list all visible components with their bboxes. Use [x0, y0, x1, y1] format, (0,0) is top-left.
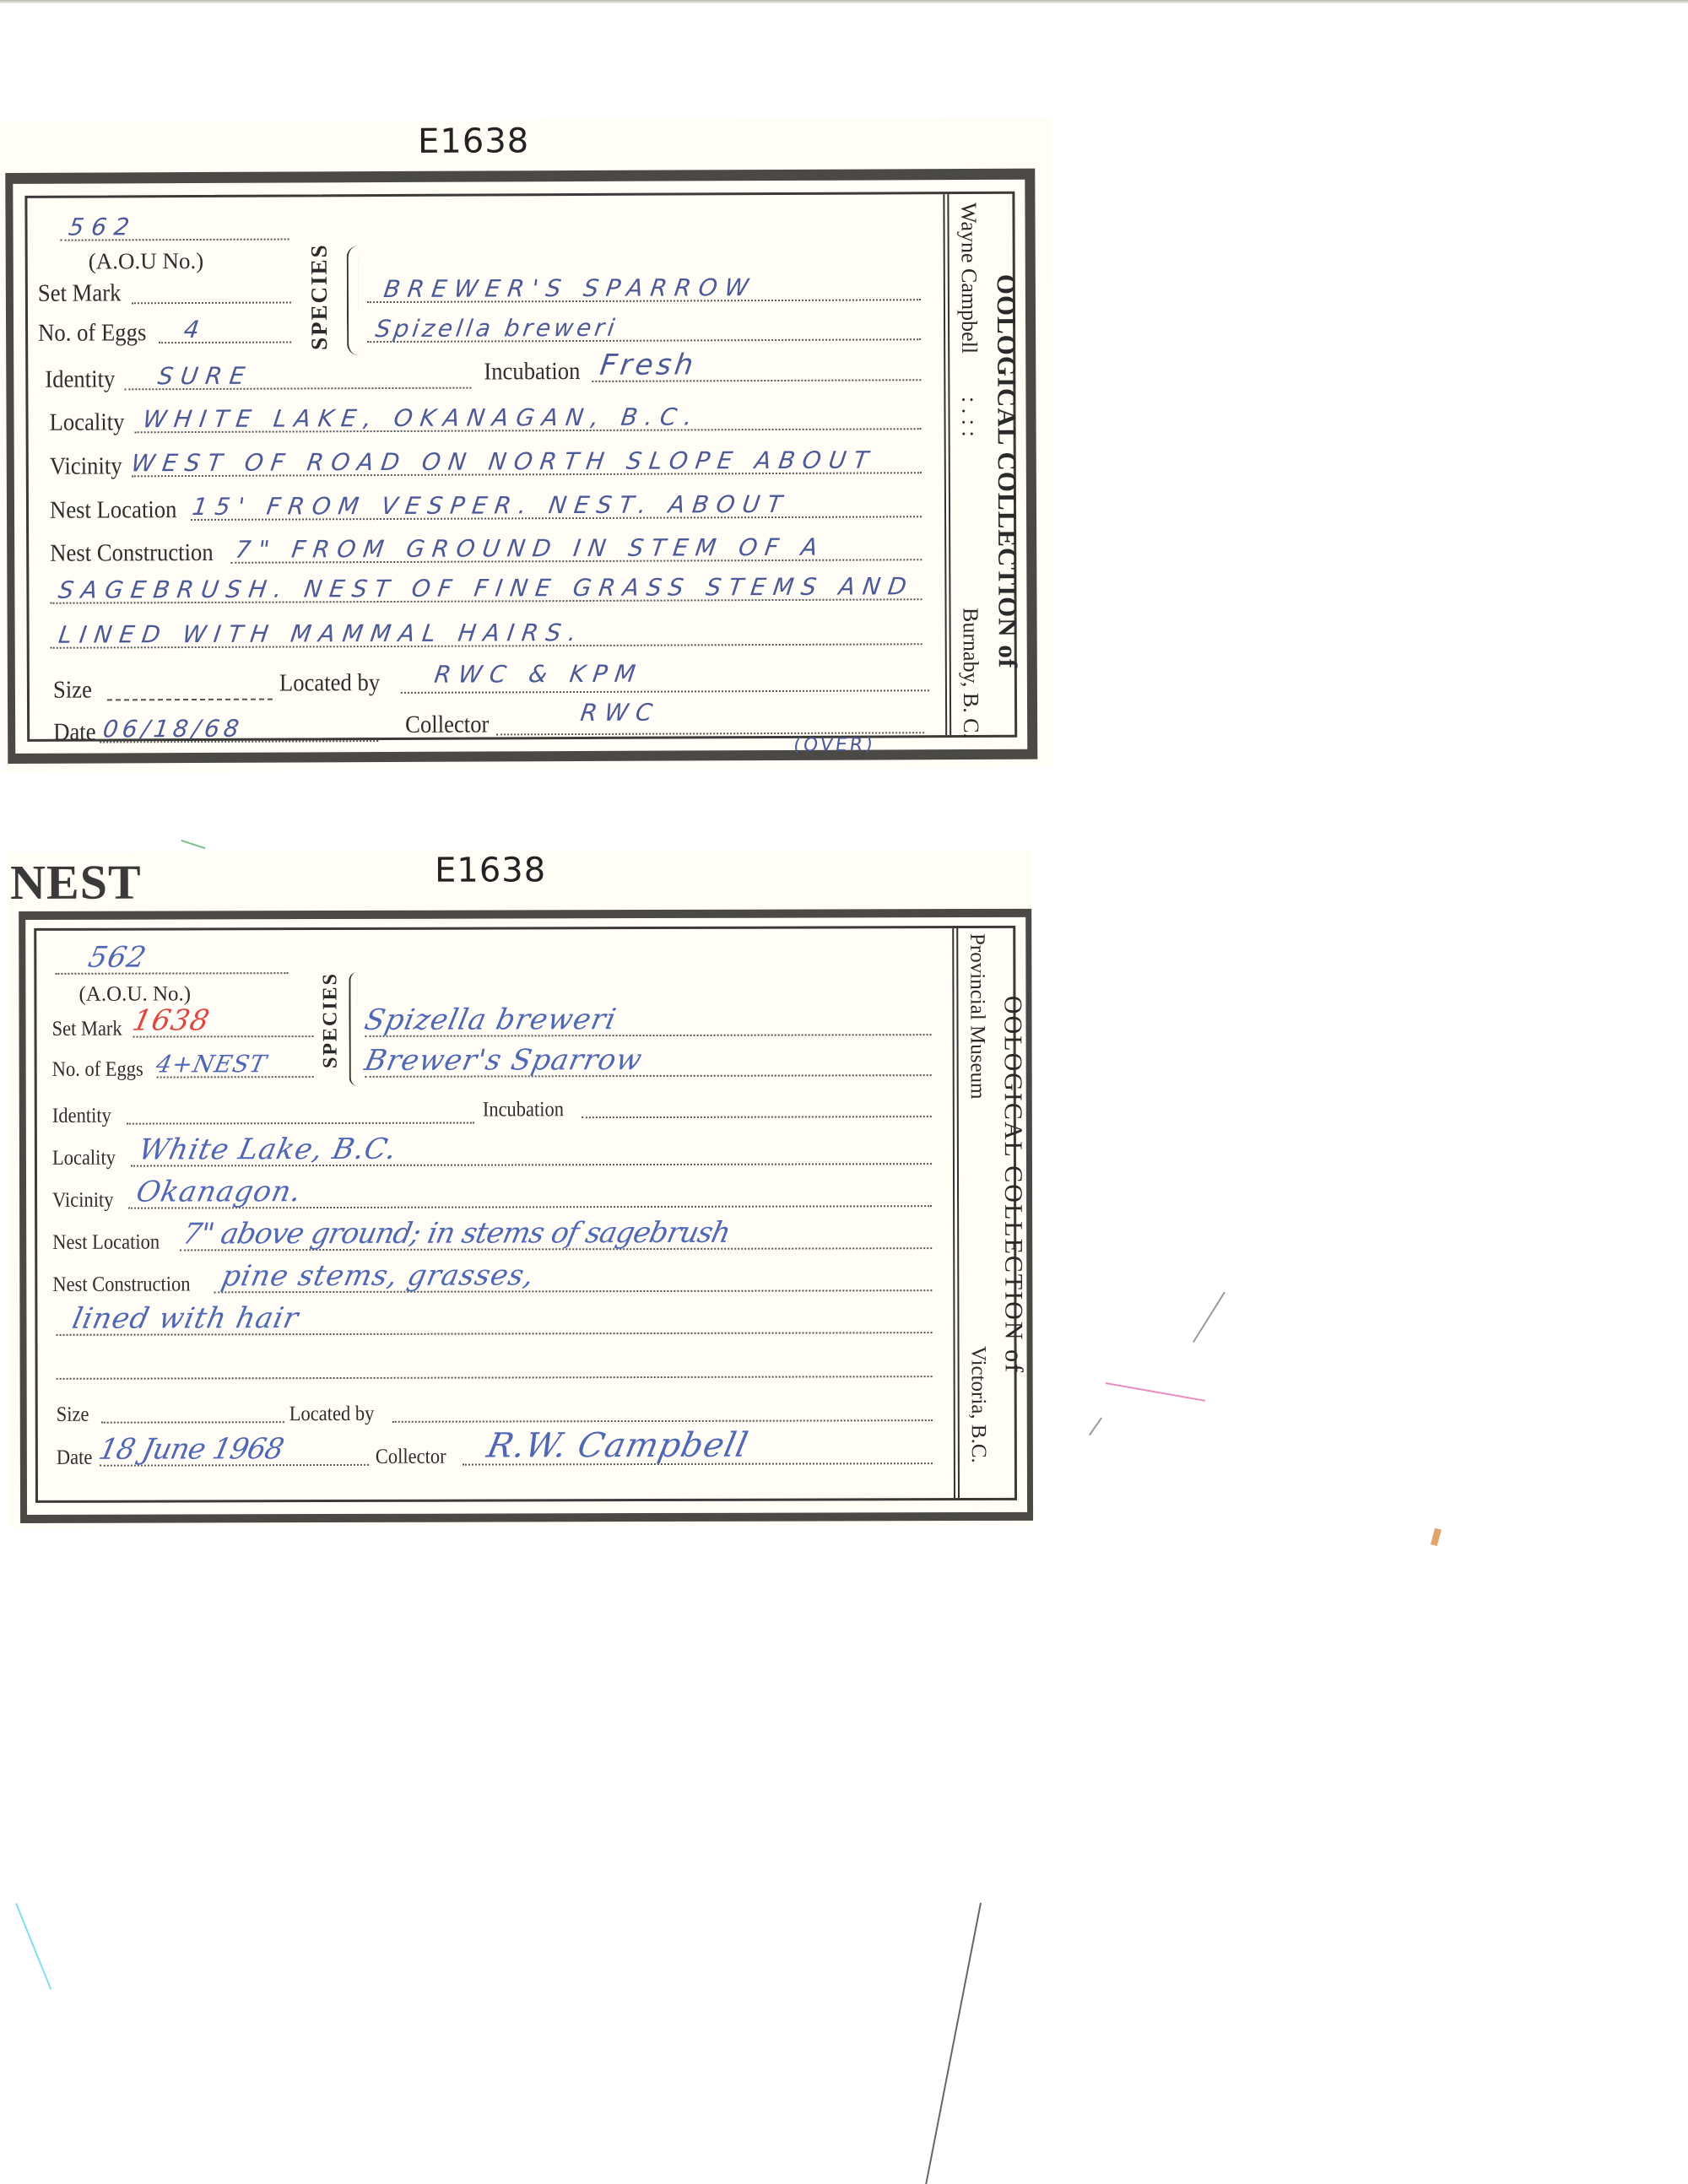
vicinity-field: Vicinity Okanagon.	[52, 1180, 932, 1213]
identity-field: Identity	[52, 1097, 474, 1128]
species-latin-value: Spizella breweri	[374, 314, 619, 343]
no-of-eggs-value: 4+NEST	[154, 1050, 269, 1078]
locality-label: Locality	[52, 1147, 116, 1170]
vicinity-value: WEST OF ROAD ON NORTH SLOPE ABOUT	[130, 446, 878, 477]
card-border: 562 (A.O.U No.) Set Mark No. of Eggs 4 S…	[5, 169, 1037, 764]
nest-construction-value: pine stems, grasses,	[219, 1258, 538, 1293]
card-inner-border: 562 (A.O.U. No.) Set Mark 1638 No. of Eg…	[34, 926, 1017, 1503]
vicinity-label: Vicinity	[52, 1189, 113, 1213]
collection-side-panel: OOLOGICAL COLLECTION of Provincial Museu…	[952, 928, 1031, 1498]
scan-edge	[0, 0, 1688, 3]
collector-value: R.W. Campbell	[484, 1426, 752, 1466]
incubation-label: Incubation	[484, 358, 580, 386]
nest-construction-field: Nest Construction 7" FROM GROUND IN STEM…	[50, 530, 922, 568]
continuation-1-value: lined with hair	[69, 1301, 301, 1336]
incubation-value: Fresh	[598, 348, 699, 382]
identity-field: Identity SURE	[45, 359, 471, 394]
located-by-label: Located by	[289, 1403, 375, 1426]
set-mark-field: Set Mark	[38, 273, 291, 307]
date-label: Date	[57, 1446, 93, 1470]
vicinity-label: Vicinity	[50, 452, 122, 480]
no-of-eggs-field: No. of Eggs 4+NEST	[52, 1051, 314, 1082]
species-brace	[349, 972, 357, 1086]
scan-artifact	[1193, 1292, 1225, 1343]
located-by-field: Located by RWC & KPM	[279, 661, 929, 697]
nest-location-label: Nest Location	[52, 1231, 160, 1255]
species-latin-field: Spizella breweri	[361, 1008, 931, 1041]
card-inner-border: 562 (A.O.U No.) Set Mark No. of Eggs 4 S…	[24, 192, 1017, 742]
set-mark-value: 1638	[130, 1003, 214, 1037]
nest-location-field: Nest Location 15' FROM VESPER. NEST. ABO…	[50, 487, 922, 525]
nest-record-card: NEST E1638 562 (A.O.U. No.) Set Mark 163…	[8, 850, 1031, 1527]
scan-artifact	[181, 840, 205, 849]
nest-location-field: Nest Location 7" above ground; in stems …	[52, 1222, 932, 1255]
set-mark-label: Set Mark	[52, 1018, 122, 1041]
located-by-label: Located by	[279, 669, 380, 698]
aou-field: 562	[51, 947, 288, 978]
species-caption: SPECIES	[306, 243, 333, 350]
collection-place: Victoria, B.C.	[966, 1346, 990, 1463]
date-value: 06/18/68	[101, 715, 245, 743]
identity-label: Identity	[52, 1105, 111, 1128]
continuation-2-value: LINED WITH MAMMAL HAIRS.	[57, 619, 585, 649]
no-of-eggs-field: No. of Eggs 4	[38, 312, 291, 347]
aou-number-value: 562	[67, 213, 138, 241]
separator-dots: : . : :	[956, 397, 982, 437]
species-common-value: Brewer's Sparrow	[361, 1043, 645, 1078]
catalog-number: E1638	[418, 122, 529, 161]
collection-title: OOLOGICAL COLLECTION of	[998, 996, 1027, 1374]
continuation-1-value: SAGEBRUSH. NEST OF FINE GRASS STEMS AND	[57, 572, 916, 603]
size-label: Size	[57, 1403, 89, 1427]
species-common-value: BREWER'S SPARROW	[382, 273, 758, 303]
no-of-eggs-label: No. of Eggs	[38, 319, 146, 348]
collector-value: RWC	[579, 699, 662, 727]
collection-place: Burnaby, B. C.	[958, 608, 984, 738]
species-latin-value: Spizella breweri	[361, 1003, 619, 1037]
continuation-line-2: LINED WITH MAMMAL HAIRS.	[51, 614, 922, 652]
catalog-number: E1638	[435, 851, 546, 889]
set-mark-field: Set Mark 1638	[51, 1010, 313, 1041]
date-value: 18 June 1968	[96, 1432, 286, 1467]
incubation-field: Incubation Fresh	[484, 350, 921, 386]
nest-construction-label: Nest Construction	[50, 539, 214, 568]
no-of-eggs-label: No. of Eggs	[52, 1058, 143, 1082]
scan-artifact	[1431, 1528, 1442, 1546]
date-field: Date 06/18/68	[53, 711, 378, 747]
collection-side-panel: OOLOGICAL COLLECTION of Wayne Campbell :…	[943, 194, 1031, 735]
collector-field: Collector R.W. Campbell	[376, 1437, 933, 1469]
continuation-line-1: SAGEBRUSH. NEST OF FINE GRASS STEMS AND	[50, 570, 922, 608]
card-border: 562 (A.O.U. No.) Set Mark 1638 No. of Eg…	[19, 909, 1033, 1523]
nest-construction-label: Nest Construction	[52, 1273, 190, 1296]
scan-artifact	[925, 1903, 982, 2184]
size-field: Size	[53, 670, 273, 705]
date-label: Date	[53, 719, 96, 747]
set-mark-label: Set Mark	[38, 279, 122, 307]
located-by-field: Located by	[289, 1394, 933, 1426]
incubation-label: Incubation	[483, 1098, 564, 1122]
nest-header-label: NEST	[10, 854, 142, 911]
scan-artifact	[15, 1903, 51, 1990]
egg-record-card: E1638 562 (A.O.U No.) Set Mark No. of Eg…	[0, 118, 1053, 772]
vicinity-value: Okanagon.	[133, 1175, 305, 1209]
collection-owner: Wayne Campbell	[955, 203, 982, 354]
species-common-field: BREWER'S SPARROW	[364, 270, 921, 306]
date-field: Date 18 June 1968	[57, 1439, 369, 1470]
continuation-line-2	[57, 1350, 933, 1383]
nest-construction-field: Nest Construction pine stems, grasses,	[52, 1264, 932, 1297]
identity-value: SURE	[156, 362, 254, 391]
locality-value: White Lake, B.C.	[136, 1133, 400, 1167]
nest-construction-value: 7" FROM GROUND IN STEM OF A	[234, 533, 827, 564]
aou-number-value: 562	[85, 941, 149, 975]
located-by-value: RWC & KPM	[432, 660, 644, 689]
species-common-field: Brewer's Sparrow	[362, 1049, 932, 1081]
no-of-eggs-value: 4	[182, 316, 208, 343]
nest-location-value: 15' FROM VESPER. NEST. ABOUT	[191, 490, 792, 521]
locality-field: Locality WHITE LAKE, OKANAGAN, B.C.	[49, 399, 921, 437]
aou-field: 562	[57, 210, 289, 245]
collection-title: OOLOGICAL COLLECTION of	[991, 274, 1023, 669]
locality-field: Locality White Lake, B.C.	[52, 1138, 932, 1170]
scan-artifact	[1089, 1418, 1102, 1436]
identity-label: Identity	[45, 365, 115, 393]
locality-label: Locality	[49, 408, 124, 436]
species-caption: SPECIES	[319, 972, 342, 1068]
collection-owner: Provincial Museum	[965, 933, 989, 1100]
aou-caption: (A.O.U No.)	[89, 248, 204, 275]
scan-artifact	[1106, 1382, 1206, 1402]
incubation-field: Incubation	[483, 1090, 932, 1122]
vicinity-field: Vicinity WEST OF ROAD ON NORTH SLOPE ABO…	[50, 443, 922, 481]
size-field: Size	[57, 1396, 284, 1427]
collector-field: Collector RWC	[405, 703, 924, 739]
size-label: Size	[53, 677, 92, 705]
continuation-line-1: lined with hair	[56, 1306, 932, 1339]
collector-label: Collector	[405, 711, 489, 738]
species-brace	[347, 246, 360, 355]
locality-value: WHITE LAKE, OKANAGAN, B.C.	[141, 403, 701, 433]
collector-label: Collector	[376, 1446, 446, 1469]
over-note: (OVER)	[793, 734, 877, 755]
nest-location-value: 7" above ground; in stems of sagebrush	[180, 1216, 733, 1251]
species-latin-field: Spizella breweri	[364, 310, 921, 346]
nest-location-label: Nest Location	[50, 496, 177, 525]
